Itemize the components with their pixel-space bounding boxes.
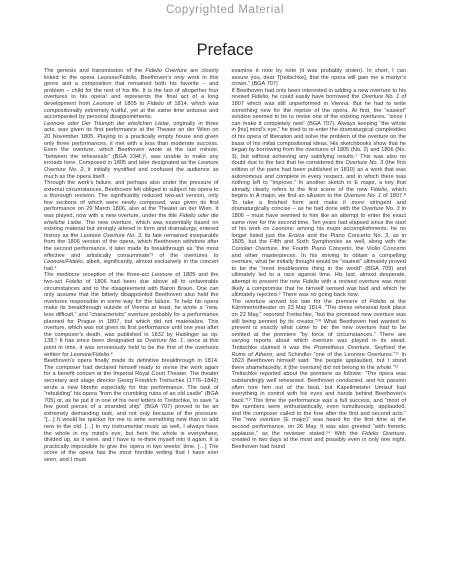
paragraph: Leonore oder Der Triumph der ehelichen L… [44, 121, 219, 180]
paragraph: The genesis and transmission of the Fide… [44, 68, 219, 121]
paragraph: Treitschke reported about the premiere a… [232, 371, 407, 450]
right-column: examine it note by note (it was probably… [232, 68, 407, 464]
copyright-watermark: Copyrighted Material [0, 0, 450, 16]
book-page: Copyrighted Material Preface The genesis… [0, 0, 450, 576]
paragraph: examine it note by note (it was probably… [232, 68, 407, 88]
paragraph: Beethoven’s opera finally made its defin… [44, 358, 219, 464]
paragraph: If Beethoven had only been interested in… [232, 88, 407, 299]
paragraph: The mediocre reception of the three-act … [44, 272, 219, 358]
page-title: Preface [0, 42, 450, 59]
paragraph: Through the work’s failure, and perhaps … [44, 180, 219, 272]
left-column: The genesis and transmission of the Fide… [44, 68, 219, 464]
text-columns: The genesis and transmission of the Fide… [44, 68, 406, 464]
paragraph: The overture arrived too late for the pr… [232, 299, 407, 372]
